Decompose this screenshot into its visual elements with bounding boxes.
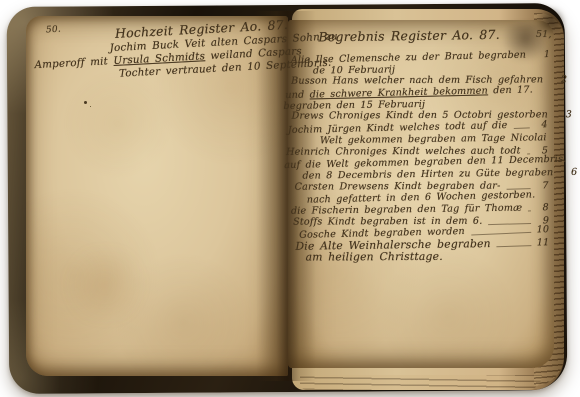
right-page-text: Begrebnis Register Ao. 87. Alie Ilse Cle…: [290, 26, 549, 264]
entry-number: 3: [557, 110, 572, 122]
entry-part: den 17.: [488, 84, 533, 96]
ink-speck: [84, 101, 87, 104]
right-page-header: Begrebnis Register Ao. 87.: [318, 26, 546, 44]
dash-flourish: [471, 232, 531, 236]
entry-part: und: [285, 90, 310, 102]
burial-entries: Alie Ilse Clemensche zu der Braut begrab…: [291, 50, 550, 264]
entry-number: 6: [562, 167, 577, 179]
entry-number: 8: [534, 202, 549, 214]
entry-text: am heiligen Christtage.: [306, 250, 443, 262]
marriage-entry-part: Amperoff mit: [34, 55, 114, 71]
entry-number: 4: [533, 119, 548, 131]
manuscript-photo: 50. 51, Hochzeit Register Ao. 87. Jochim…: [0, 0, 580, 397]
entry-number: 1: [535, 49, 550, 61]
entry-number: 10: [534, 224, 549, 236]
dash-flourish: [528, 210, 531, 211]
entry-number: 11: [534, 237, 549, 249]
burial-entry: am heiligen Christtage.: [306, 250, 550, 263]
dash-flourish: [497, 245, 532, 247]
dash-flourish: [514, 127, 530, 129]
entry-number: 2: [552, 75, 567, 87]
